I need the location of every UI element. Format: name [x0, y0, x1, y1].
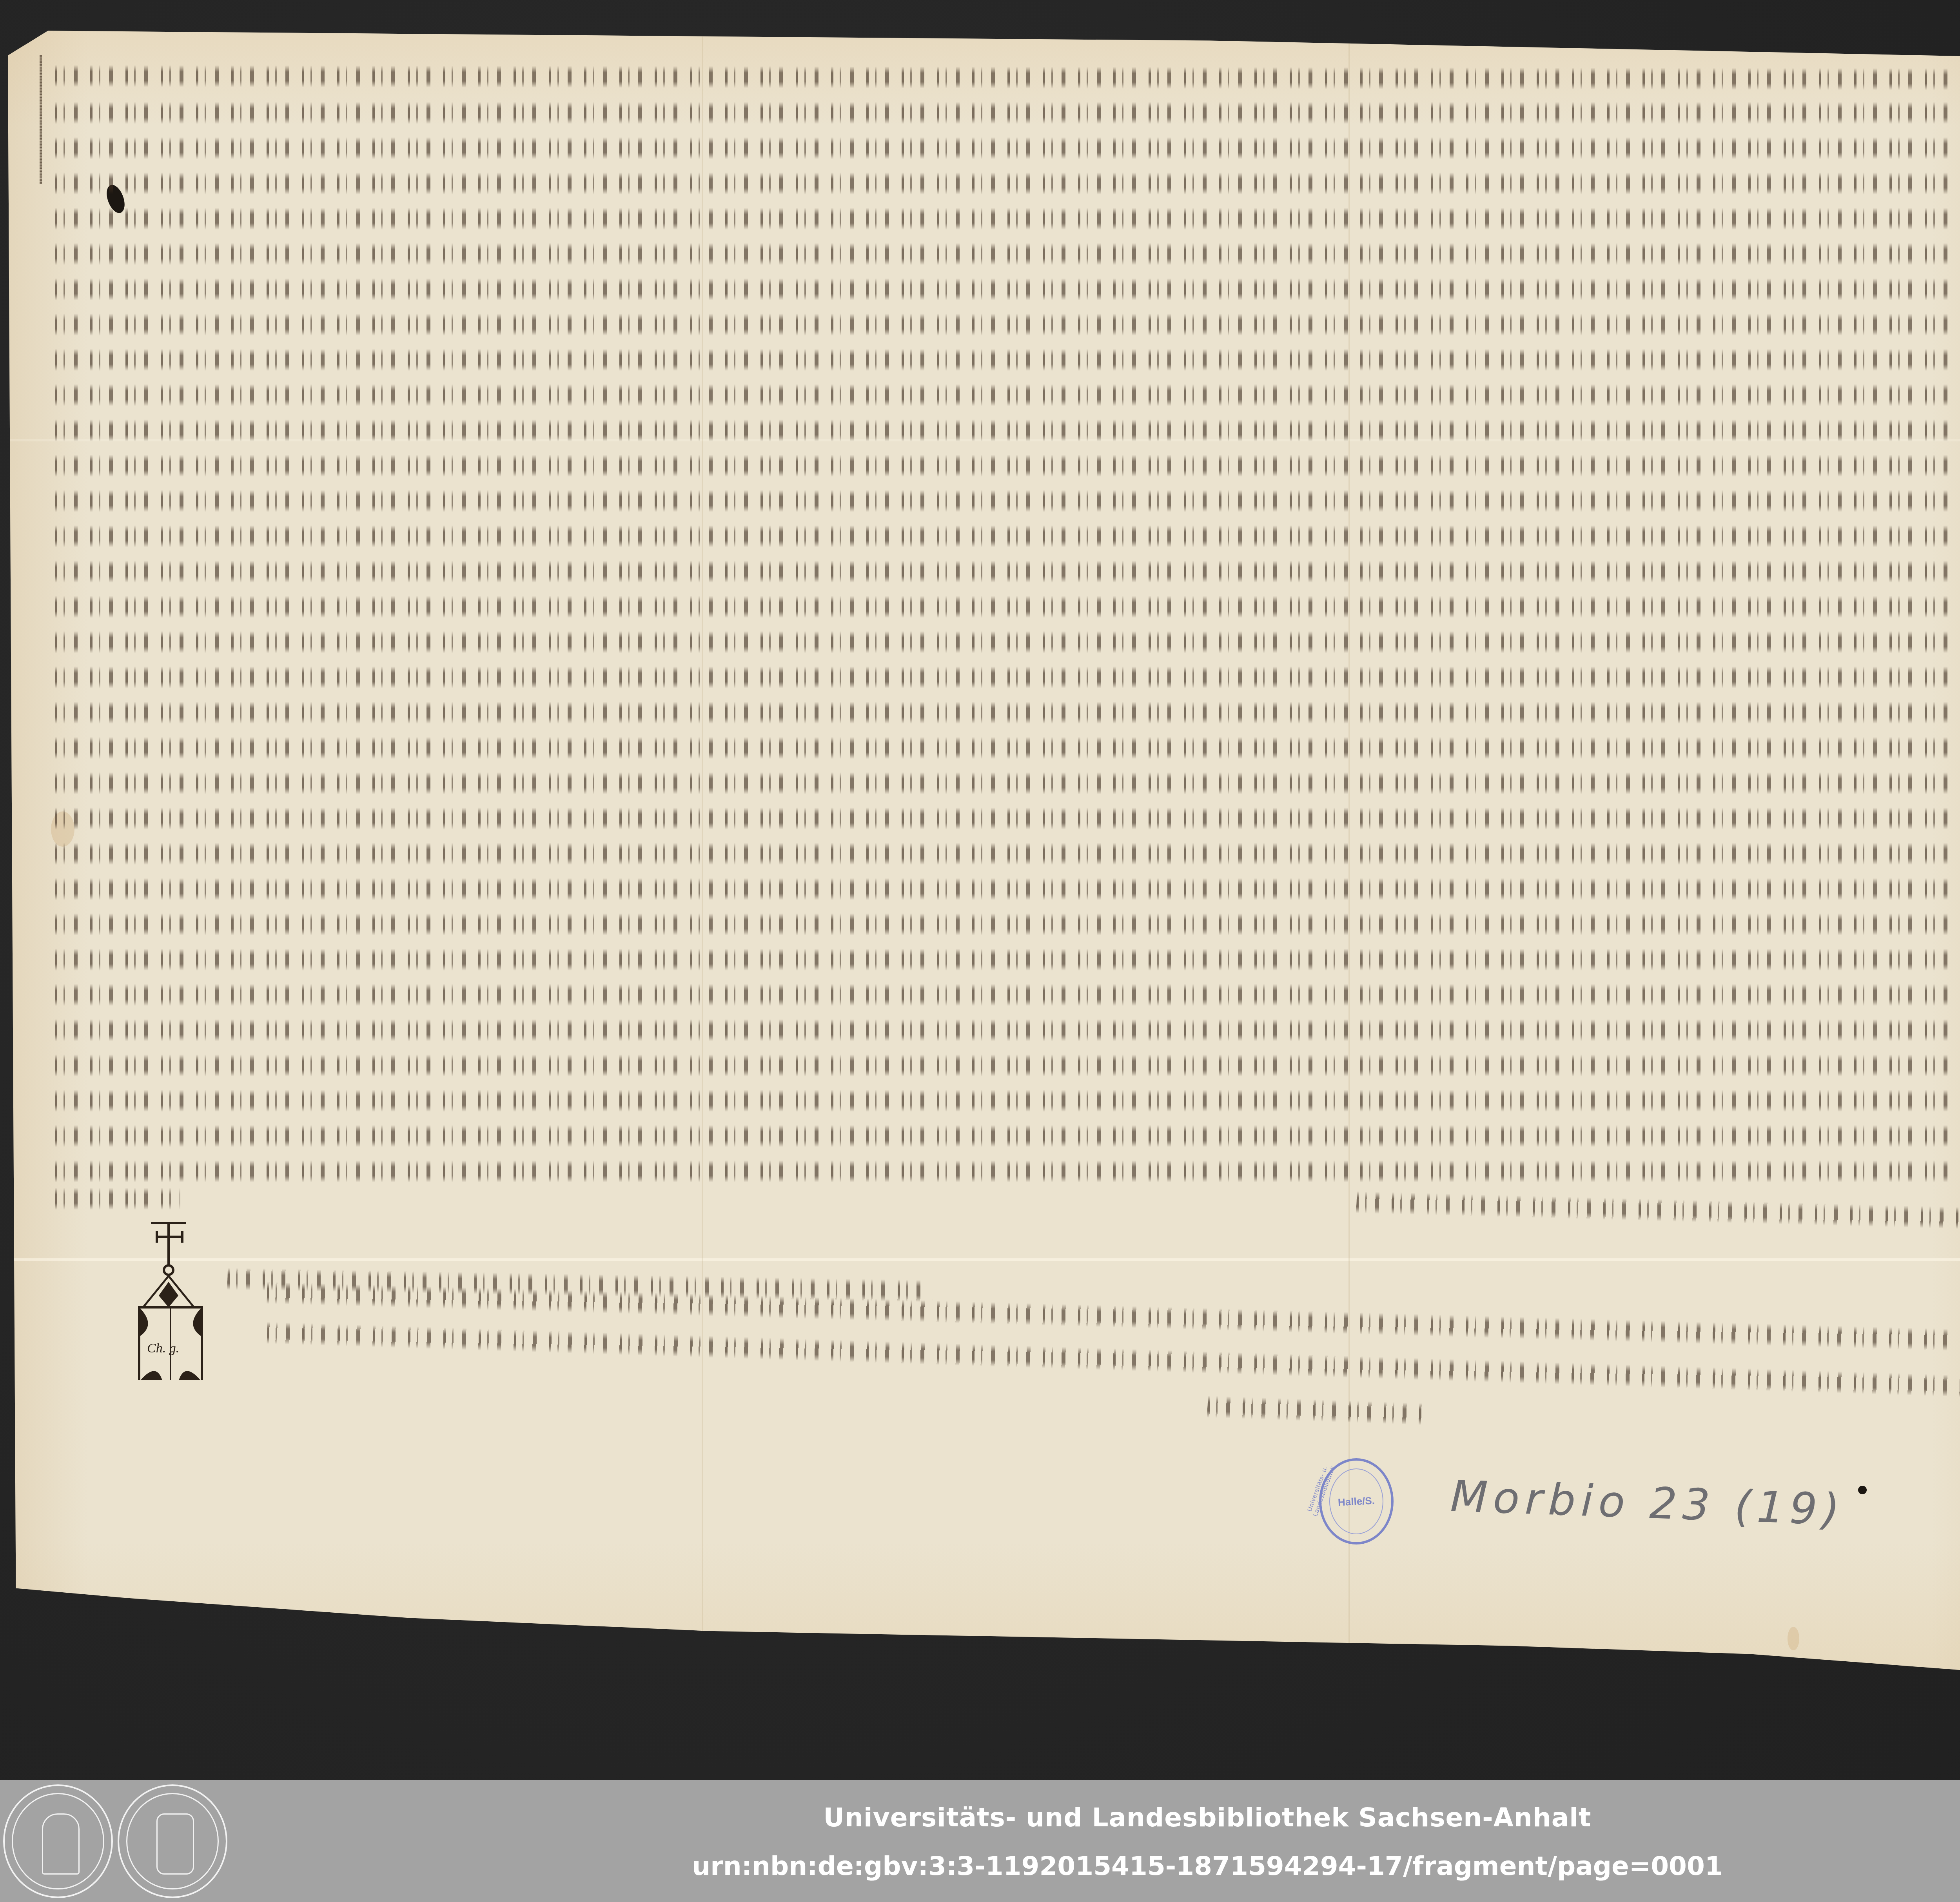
- footer-bar: Universitäts- und Landesbibliothek Sachs…: [0, 1780, 1960, 1902]
- parchment-document: Ch. g.: [8, 27, 1960, 1674]
- library-name: Universitäts- und Landesbibliothek Sachs…: [0, 1802, 1960, 1833]
- manuscript-body-text: [8, 27, 1960, 1674]
- svg-text:Ch. g.: Ch. g.: [147, 1341, 179, 1356]
- notarial-sign-icon: Ch. g.: [120, 1207, 229, 1380]
- urn-identifier: urn:nbn:de:gbv:3:3-1192015415-1871594294…: [0, 1851, 1960, 1881]
- library-ownership-stamp: Universitäts- u. Landesbibliothek Halle/…: [1319, 1458, 1394, 1544]
- stamp-center-text: Halle/S.: [1338, 1494, 1375, 1508]
